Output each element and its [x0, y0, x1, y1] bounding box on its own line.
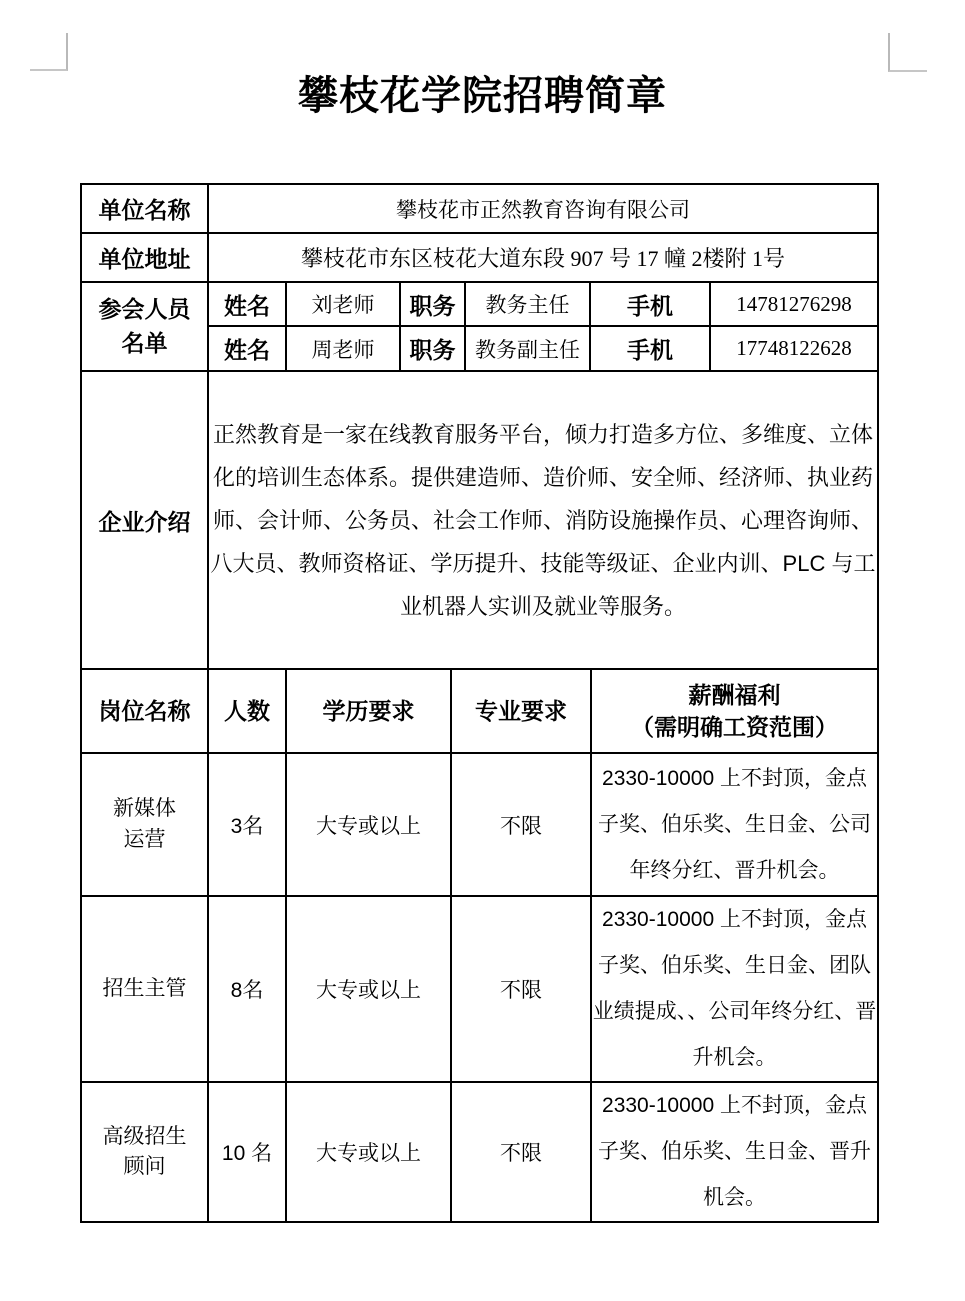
job-position: 新媒体 运营	[81, 753, 208, 896]
corner-mark-right-icon	[888, 33, 927, 72]
attendee-title-label: 职务	[400, 326, 465, 371]
document-table: 单位名称 攀枝花市正然教育咨询有限公司 单位地址 攀枝花市东区枝花大道东段 90…	[80, 183, 877, 1223]
company-intro-label: 企业介绍	[81, 371, 208, 669]
header-major: 专业要求	[451, 669, 591, 753]
job-salary: 2330-10000 上不封顶，金点子奖、伯乐奖、生日金、晋升机会。	[591, 1082, 878, 1222]
attendee-phone-label: 手机	[590, 282, 710, 326]
unit-name-label: 单位名称	[81, 184, 208, 233]
job-count: 8名	[208, 896, 286, 1082]
attendees-label: 参会人员 名单	[81, 282, 208, 371]
job-major: 不限	[451, 753, 591, 896]
table-row: 单位地址 攀枝花市东区枝花大道东段 907 号 17 幢 2楼附 1号	[81, 233, 878, 282]
table-row: 招生主管 8名 大专或以上 不限 2330-10000 上不封顶，金点子奖、伯乐…	[81, 896, 878, 1082]
attendee-phone: 17748122628	[710, 326, 878, 371]
job-education: 大专或以上	[286, 753, 451, 896]
job-count: 3名	[208, 753, 286, 896]
attendee-title-label: 职务	[400, 282, 465, 326]
table-row: 新媒体 运营 3名 大专或以上 不限 2330-10000 上不封顶，金点子奖、…	[81, 753, 878, 896]
header-education: 学历要求	[286, 669, 451, 753]
job-position: 高级招生 顾问	[81, 1082, 208, 1222]
job-count: 10 名	[208, 1082, 286, 1222]
header-count: 人数	[208, 669, 286, 753]
job-major: 不限	[451, 1082, 591, 1222]
attendee-phone-label: 手机	[590, 326, 710, 371]
unit-name-value: 攀枝花市正然教育咨询有限公司	[208, 184, 878, 233]
company-intro-table: 企业介绍 正然教育是一家在线教育服务平台，倾力打造多方位、多维度、立体化的培训生…	[80, 370, 879, 670]
job-salary: 2330-10000 上不封顶，金点子奖、伯乐奖、生日金、团队业绩提成、、公司年…	[591, 896, 878, 1082]
attendee-name: 刘老师	[286, 282, 400, 326]
job-education: 大专或以上	[286, 1082, 451, 1222]
company-intro-text: 正然教育是一家在线教育服务平台，倾力打造多方位、多维度、立体化的培训生态体系。提…	[208, 371, 878, 669]
jobs-table: 岗位名称 人数 学历要求 专业要求 薪酬福利 （需明确工资范围） 新媒体 运营 …	[80, 668, 879, 1223]
document-title: 攀枝花学院招聘简章	[0, 0, 965, 120]
job-major: 不限	[451, 896, 591, 1082]
unit-info-table: 单位名称 攀枝花市正然教育咨询有限公司 单位地址 攀枝花市东区枝花大道东段 90…	[80, 183, 879, 283]
page: { "page": { "title": "攀枝花学院招聘简章" }, "inf…	[0, 0, 965, 1301]
table-row: 参会人员 名单 姓名 刘老师 职务 教务主任 手机 14781276298	[81, 282, 878, 326]
attendee-title: 教务副主任	[465, 326, 590, 371]
unit-address-label: 单位地址	[81, 233, 208, 282]
attendee-name-label: 姓名	[208, 326, 286, 371]
job-salary: 2330-10000 上不封顶，金点子奖、伯乐奖、生日金、公司年终分红、晋升机会…	[591, 753, 878, 896]
attendee-name: 周老师	[286, 326, 400, 371]
attendees-table: 参会人员 名单 姓名 刘老师 职务 教务主任 手机 14781276298 姓名…	[80, 281, 879, 372]
table-header-row: 岗位名称 人数 学历要求 专业要求 薪酬福利 （需明确工资范围）	[81, 669, 878, 753]
table-row: 高级招生 顾问 10 名 大专或以上 不限 2330-10000 上不封顶，金点…	[81, 1082, 878, 1222]
table-row: 单位名称 攀枝花市正然教育咨询有限公司	[81, 184, 878, 233]
attendee-title: 教务主任	[465, 282, 590, 326]
job-position: 招生主管	[81, 896, 208, 1082]
unit-address-value: 攀枝花市东区枝花大道东段 907 号 17 幢 2楼附 1号	[208, 233, 878, 282]
corner-mark-left-icon	[30, 33, 68, 71]
attendee-name-label: 姓名	[208, 282, 286, 326]
job-education: 大专或以上	[286, 896, 451, 1082]
header-position: 岗位名称	[81, 669, 208, 753]
attendee-phone: 14781276298	[710, 282, 878, 326]
table-row: 企业介绍 正然教育是一家在线教育服务平台，倾力打造多方位、多维度、立体化的培训生…	[81, 371, 878, 669]
header-salary: 薪酬福利 （需明确工资范围）	[591, 669, 878, 753]
